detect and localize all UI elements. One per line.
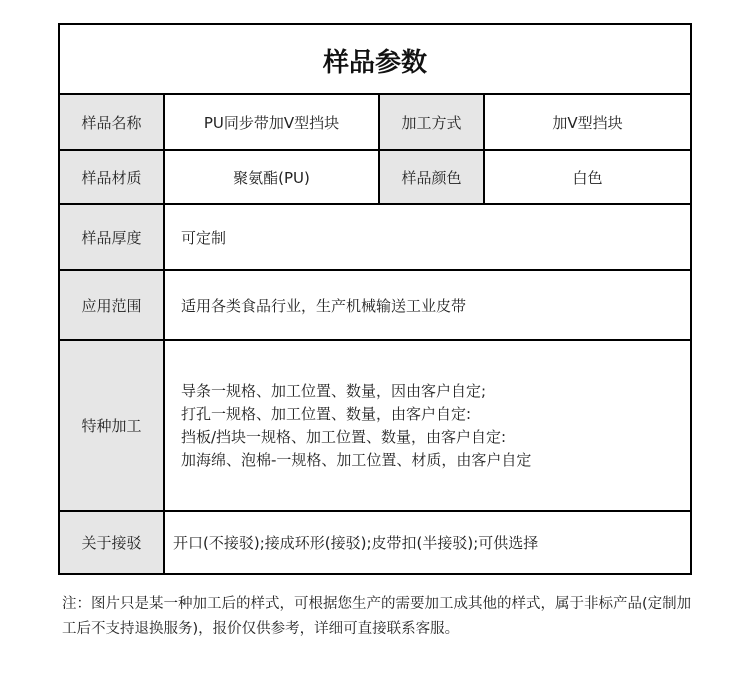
divider: [60, 269, 690, 271]
label-sample-name: 样品名称: [60, 95, 163, 149]
special-line: 导条一规格、加工位置、数量，因由客户自定;: [181, 380, 486, 403]
value-special-processing: 导条一规格、加工位置、数量，因由客户自定; 打孔一规格、加工位置、数量，由客户自…: [165, 341, 690, 510]
divider: [378, 95, 380, 203]
special-line: 打孔一规格、加工位置、数量，由客户自定:: [181, 403, 471, 426]
value-processing-method: 加V型挡块: [485, 95, 690, 149]
divider: [60, 203, 690, 205]
divider: [163, 95, 165, 573]
label-processing-method: 加工方式: [380, 95, 483, 149]
value-splicing: 开口(不接驳);接成环形(接驳);皮带扣(半接驳);可供选择: [165, 512, 690, 573]
label-sample-thickness: 样品厚度: [60, 205, 163, 269]
value-sample-name: PU同步带加V型挡块: [165, 95, 378, 149]
divider: [60, 510, 690, 512]
label-application-scope: 应用范围: [60, 271, 163, 339]
label-sample-material: 样品材质: [60, 151, 163, 203]
table-title: 样品参数: [60, 25, 690, 95]
label-special-processing: 特种加工: [60, 341, 163, 510]
sample-parameters-table: 样品参数 样品名称 PU同步带加V型挡块 加工方式 加V型挡块 样品材质 聚氨酯…: [58, 23, 692, 575]
special-line: 挡板/挡块一规格、加工位置、数量，由客户自定:: [181, 426, 506, 449]
label-splicing: 关于接驳: [60, 512, 163, 573]
value-application-scope: 适用各类食品行业，生产机械输送工业皮带: [165, 271, 690, 339]
divider: [60, 93, 690, 95]
divider: [483, 95, 485, 203]
divider: [60, 149, 690, 151]
value-sample-color: 白色: [485, 151, 690, 203]
disclaimer-note: 注：图片只是某一种加工后的样式，可根据您生产的需要加工成其他的样式，属于非标产品…: [62, 592, 702, 642]
value-sample-material: 聚氨酯(PU): [165, 151, 378, 203]
divider: [60, 339, 690, 341]
label-sample-color: 样品颜色: [380, 151, 483, 203]
special-line: 加海绵、泡棉-一规格、加工位置、材质，由客户自定: [181, 449, 531, 472]
value-sample-thickness: 可定制: [165, 205, 690, 269]
